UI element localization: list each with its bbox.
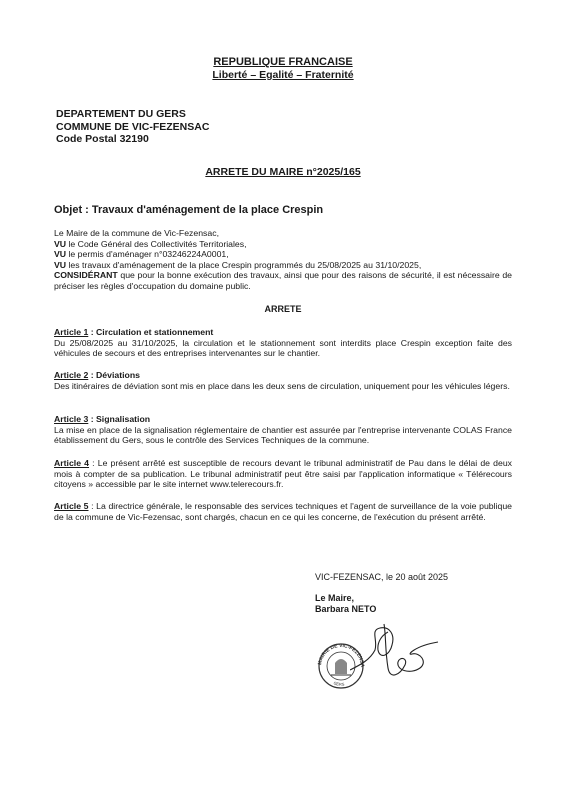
article-label: Article 4: [54, 458, 89, 468]
article-title: : Signalisation: [88, 414, 150, 424]
article-3: Article 3 : Signalisation La mise en pla…: [54, 414, 512, 446]
signatory: Le Maire, Barbara NETO: [315, 593, 376, 615]
signatory-name: Barbara NETO: [315, 604, 376, 615]
svg-text:GERS: GERS: [333, 680, 345, 686]
preamble-vu-1: VU le Code Général des Collectivités Ter…: [54, 239, 512, 250]
preamble-vu-2: VU le permis d'aménager n°03246224A0001,: [54, 249, 512, 260]
commune-name: COMMUNE DE VIC-FEZENSAC: [56, 121, 209, 134]
preamble: Le Maire de la commune de Vic-Fezensac, …: [54, 228, 512, 292]
subject-line: Objet : Travaux d'aménagement de la plac…: [54, 204, 323, 216]
issuer-block: DEPARTEMENT DU GERS COMMUNE DE VIC-FEZEN…: [56, 108, 209, 146]
article-label: Article 3: [54, 414, 88, 424]
article-2: Article 2 : Déviations Des itinéraires d…: [54, 370, 512, 391]
postal-code: Code Postal 32190: [56, 133, 209, 146]
article-4: Article 4 : Le présent arrêté est suscep…: [54, 458, 512, 490]
preamble-considerant: CONSIDÉRANT que pour la bonne exécution …: [54, 270, 512, 291]
handwritten-signature: [350, 620, 440, 682]
preamble-vu-3: VU les travaux d'aménagement de la place…: [54, 260, 512, 271]
republic-heading: REPUBLIQUE FRANCAISE: [0, 56, 566, 68]
article-5: Article 5 : La directrice générale, le r…: [54, 501, 512, 522]
article-text: : La directrice générale, le responsable…: [54, 501, 512, 522]
article-title: : Déviations: [88, 370, 140, 380]
article-label: Article 5: [54, 501, 89, 511]
article-1: Article 1 : Circulation et stationnement…: [54, 327, 512, 359]
article-text: Du 25/08/2025 au 31/10/2025, la circulat…: [54, 338, 512, 359]
article-text: Des itinéraires de déviation sont mis en…: [54, 381, 512, 392]
department-name: DEPARTEMENT DU GERS: [56, 108, 209, 121]
decree-title: ARRETE DU MAIRE n°2025/165: [0, 166, 566, 178]
republic-motto: Liberté – Egalité – Fraternité: [0, 69, 566, 81]
document-page: REPUBLIQUE FRANCAISE Liberté – Egalité –…: [0, 0, 566, 800]
article-text: La mise en place de la signalisation rég…: [54, 425, 512, 446]
article-title: : Circulation et stationnement: [88, 327, 213, 337]
place-and-date: VIC-FEZENSAC, le 20 août 2025: [315, 572, 448, 582]
preamble-intro: Le Maire de la commune de Vic-Fezensac,: [54, 228, 512, 239]
article-text: : Le présent arrêté est susceptible de r…: [54, 458, 512, 489]
article-label: Article 1: [54, 327, 88, 337]
signatory-role: Le Maire,: [315, 593, 376, 604]
arrete-heading: ARRETE: [0, 304, 566, 314]
stamp-text-bottom: GERS: [333, 680, 345, 686]
article-label: Article 2: [54, 370, 88, 380]
